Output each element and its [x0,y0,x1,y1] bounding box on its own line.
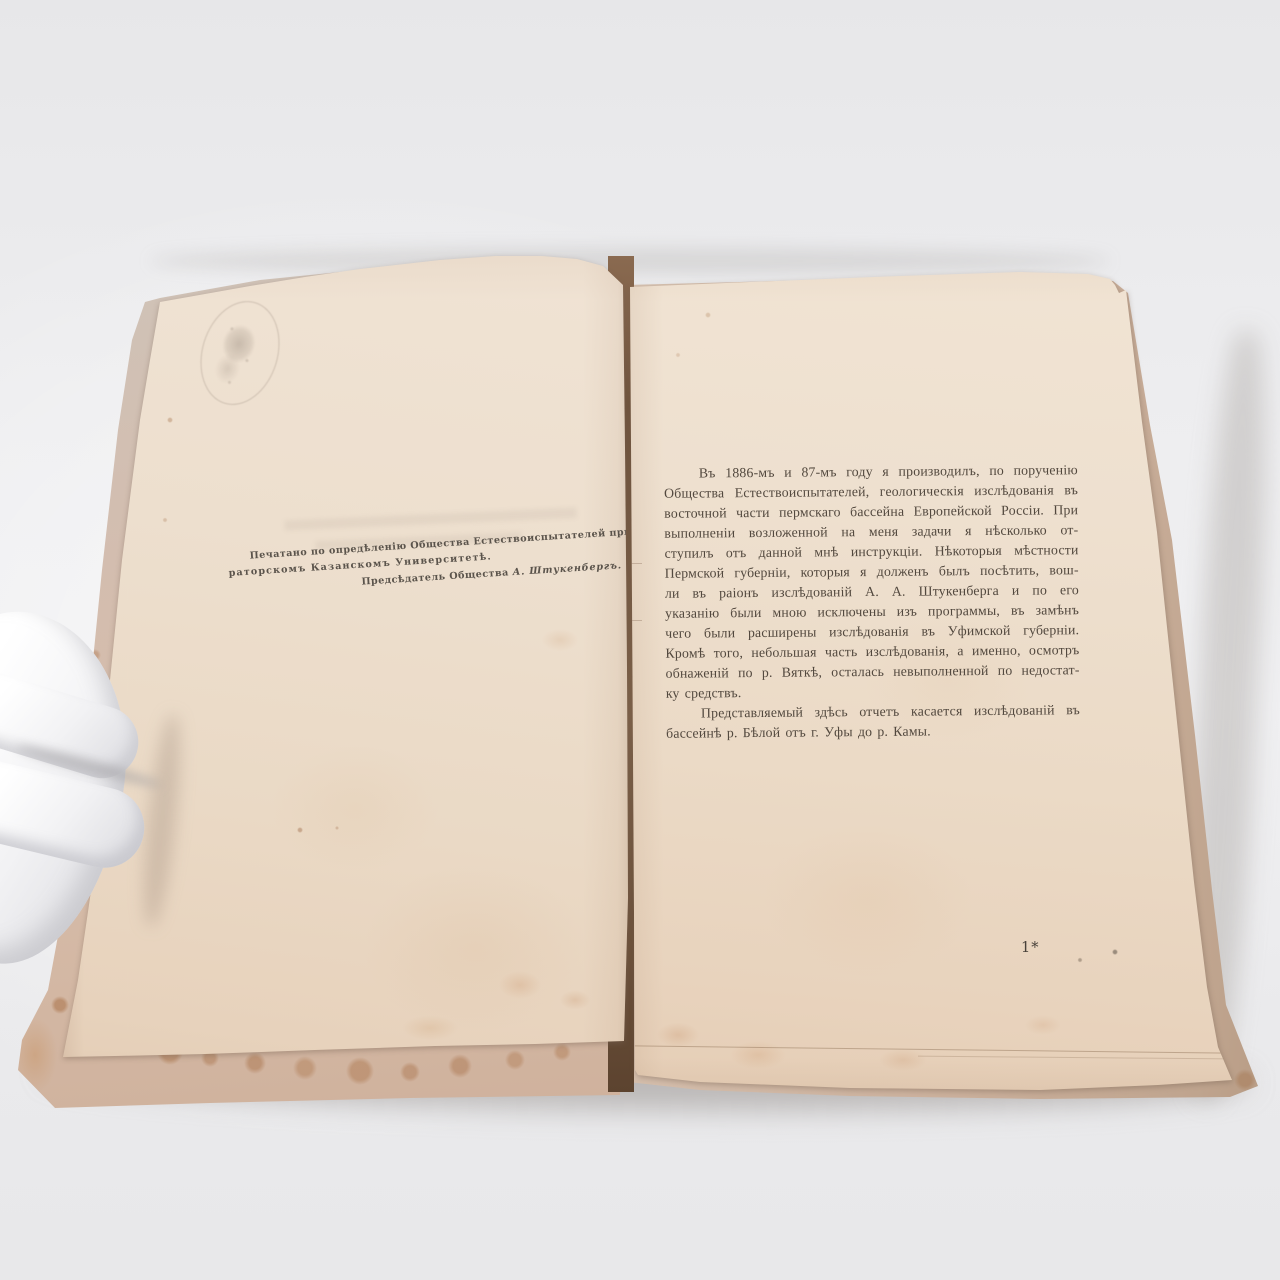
text-line: Представляемый здѣсь отчетъ касается изс… [666,700,1080,724]
signature-mark: 1* [1021,940,1039,956]
spine-crease [628,563,642,564]
finger-shadow [137,712,187,929]
right-page: Въ 1886-мъ и 87-мъ году я производилъ, п… [618,260,1266,1108]
signature-name: А. Штукенбергъ. [512,560,622,578]
under-page-edge [918,1056,1228,1060]
under-page-edge [632,1045,1228,1053]
right-page-paper: Въ 1886-мъ и 87-мъ году я производилъ, п… [618,260,1266,1108]
library-stamp [188,291,292,415]
spine-crease [628,620,642,621]
signature-label: Предсѣдатель Общества [361,567,509,587]
text-line: обнаженій по р. Вяткѣ, осталась невыполн… [666,660,1080,684]
text-line: бассейнѣ р. Бѣлой отъ г. Уфы до р. Камы. [666,720,1080,744]
body-text: Въ 1886-мъ и 87-мъ году я производилъ, п… [664,460,1080,744]
gloved-hand [0,618,240,998]
